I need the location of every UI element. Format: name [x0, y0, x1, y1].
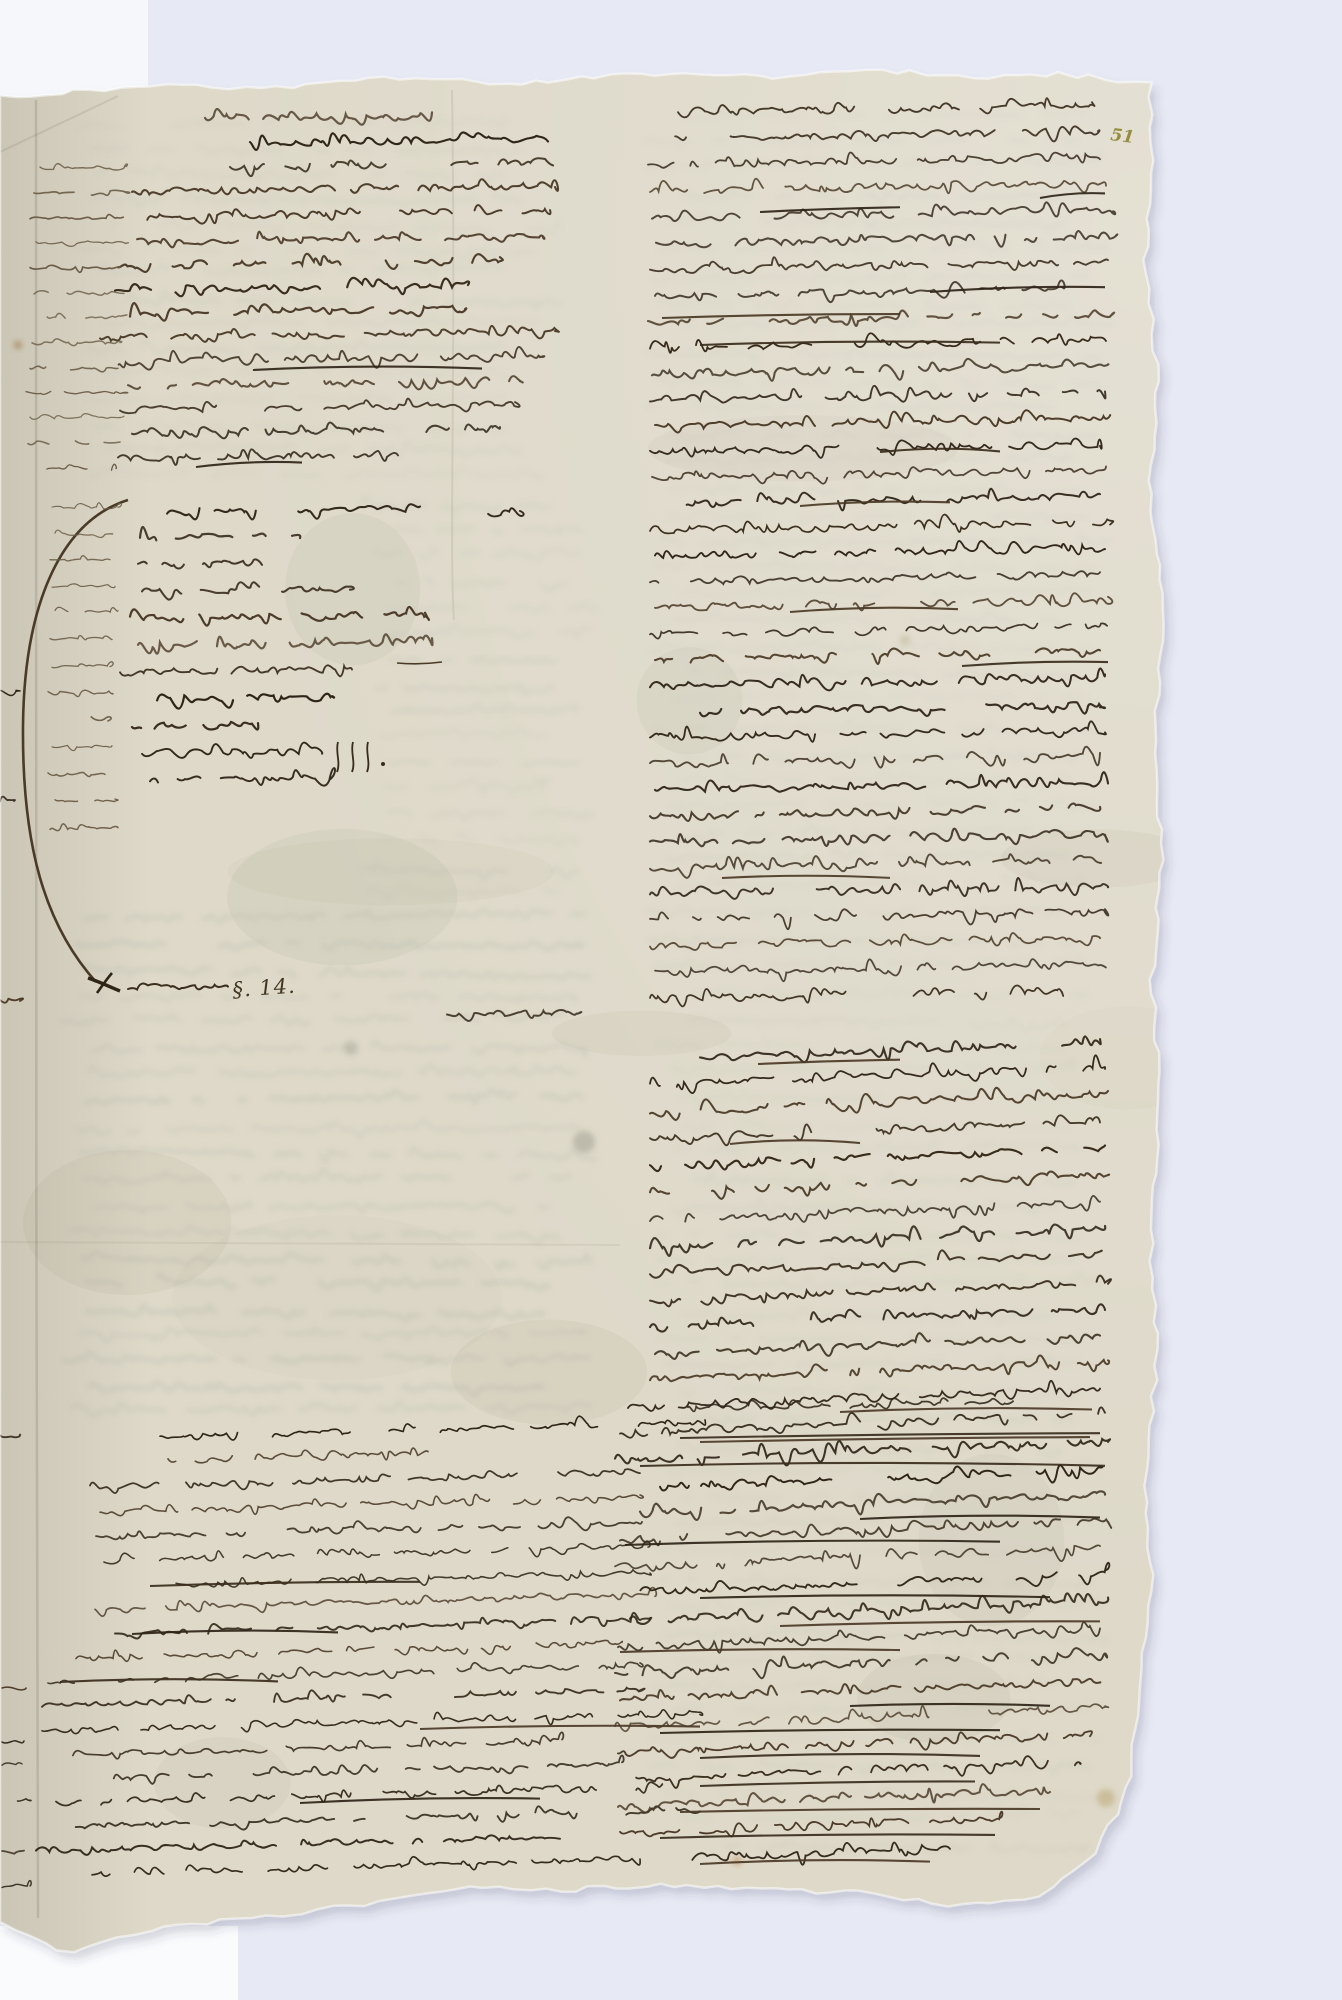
- section-mark-text: §. 14.: [232, 974, 297, 1002]
- page-number-annotation: 51: [1109, 125, 1135, 148]
- document-scan: §. 14. 51: [0, 0, 1342, 2000]
- manuscript-svg: §. 14. 51: [0, 0, 1342, 2000]
